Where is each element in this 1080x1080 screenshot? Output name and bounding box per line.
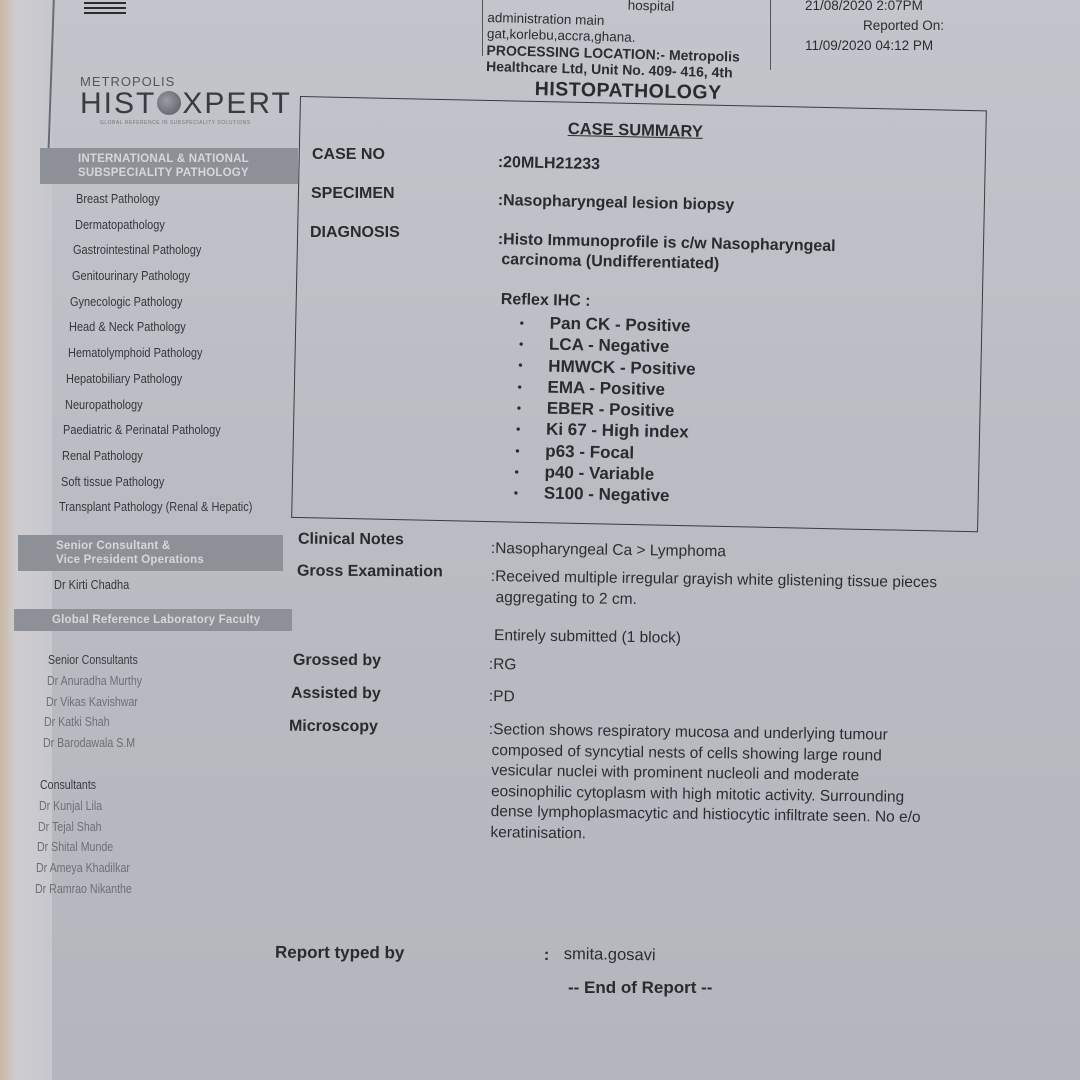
diagnosis-label: DIAGNOSIS bbox=[310, 224, 400, 242]
assisted-by-value: :PD bbox=[489, 687, 515, 708]
ihc-result-text: HMWCK - Positive bbox=[548, 356, 696, 378]
ihc-results-list: •Pan CK - Positive•LCA - Negative•HMWCK … bbox=[516, 312, 697, 507]
speciality-item: Renal Pathology bbox=[62, 444, 253, 470]
consultant-name: Dr Ameya Khadilkar bbox=[36, 858, 132, 879]
ihc-result-text: S100 - Negative bbox=[544, 484, 670, 506]
reported-on: 11/09/2020 04:12 PM bbox=[805, 36, 944, 56]
ihc-result-text: p40 - Variable bbox=[544, 463, 654, 484]
ihc-result-text: EMA - Positive bbox=[547, 377, 665, 398]
band-text: SUBSPECIALITY PATHOLOGY bbox=[78, 166, 288, 180]
bullet-icon: • bbox=[518, 355, 548, 377]
consultant-name: Dr Barodawala S.M bbox=[43, 733, 141, 754]
typed-by-value: smita.gosavi bbox=[564, 944, 656, 966]
gross-line: Entirely submitted (1 block) bbox=[490, 626, 937, 653]
consultant-name: Dr Vikas Kavishwar bbox=[46, 692, 142, 713]
bullet-icon: • bbox=[519, 334, 549, 356]
gross-examination-value: :Received multiple irregular grayish whi… bbox=[490, 567, 937, 653]
bullet-icon: • bbox=[516, 419, 546, 441]
case-no-value: :20MLH21233 bbox=[498, 153, 601, 175]
microscopy-value: :Section shows respiratory mucosa and un… bbox=[487, 720, 922, 849]
speciality-item: Transplant Pathology (Renal & Hepatic) bbox=[59, 495, 252, 521]
gross-examination-label: Gross Examination bbox=[297, 563, 443, 582]
speciality-item: Genitourinary Pathology bbox=[72, 264, 254, 290]
speciality-item: Breast Pathology bbox=[76, 187, 255, 213]
consultant-name: Dr Katki Shah bbox=[44, 712, 141, 733]
speciality-section-band: INTERNATIONAL & NATIONAL SUBSPECIALITY P… bbox=[40, 148, 298, 184]
ihc-result-text: p63 - Focal bbox=[545, 441, 634, 462]
consultant-name: Dr Kunjal Lila bbox=[39, 796, 132, 817]
speciality-item: Gastrointestinal Pathology bbox=[73, 238, 254, 264]
consultant-name: Dr Anuradha Murthy bbox=[47, 671, 142, 692]
speciality-item: Hepatobiliary Pathology bbox=[66, 367, 253, 393]
speciality-item: Hematolymphoid Pathology bbox=[68, 341, 254, 367]
ihc-result-text: EBER - Positive bbox=[547, 399, 675, 421]
header-address: hospital administration main gat,korlebu… bbox=[486, 0, 741, 81]
bullet-icon: • bbox=[514, 483, 544, 505]
ihc-result-text: Pan CK - Positive bbox=[550, 314, 691, 336]
bullet-icon: • bbox=[515, 441, 545, 463]
bullet-icon: • bbox=[514, 462, 544, 484]
faculty-section-band: Global Reference Laboratory Faculty bbox=[14, 609, 292, 631]
senior-consultants-heading: Senior Consultants bbox=[48, 650, 142, 671]
typed-by-colon: : bbox=[544, 945, 550, 966]
header-dates: 21/08/2020 2:07PM Reported On: 11/09/202… bbox=[805, 0, 944, 56]
barcode-icon bbox=[84, 2, 126, 17]
grossed-by-value: :RG bbox=[489, 655, 517, 676]
ihc-result-text: Ki 67 - High index bbox=[546, 420, 689, 442]
consultant-name: Dr Shital Munde bbox=[37, 837, 132, 858]
ihc-result-text: LCA - Negative bbox=[549, 335, 670, 357]
end-of-report: -- End of Report -- bbox=[568, 978, 712, 998]
typed-by-label: Report typed by bbox=[275, 943, 405, 964]
speciality-item: Paediatric & Perinatal Pathology bbox=[63, 418, 253, 444]
clinical-notes-value: :Nasopharyngeal Ca > Lymphoma bbox=[491, 539, 726, 563]
vp-name: Dr Kirti Chadha bbox=[54, 578, 129, 592]
specimen-label: SPECIMEN bbox=[311, 185, 395, 203]
speciality-item: Soft tissue Pathology bbox=[61, 470, 253, 496]
consultant-name: Dr Ramrao Nikanthe bbox=[35, 879, 132, 900]
bullet-icon: • bbox=[517, 398, 547, 420]
speciality-item: Head & Neck Pathology bbox=[69, 315, 254, 341]
speciality-item: Neuropathology bbox=[65, 393, 253, 419]
logo-text: HISTXPERT bbox=[80, 89, 292, 119]
speciality-item: Dermatopathology bbox=[75, 213, 255, 239]
tagline: GLOBAL REFERENCE IN SUBSPECIALITY SOLUTI… bbox=[80, 120, 292, 126]
reflex-ihc-label: Reflex IHC : bbox=[501, 290, 591, 312]
registered-on: 21/08/2020 2:07PM bbox=[805, 0, 944, 16]
case-summary-title: CASE SUMMARY bbox=[568, 120, 703, 142]
assisted-by-label: Assisted by bbox=[291, 685, 381, 703]
vp-section-band: Senior Consultant & Vice President Opera… bbox=[18, 535, 283, 571]
globe-icon bbox=[157, 91, 181, 115]
consultants-heading: Consultants bbox=[40, 775, 133, 796]
speciality-item: Gynecologic Pathology bbox=[70, 290, 254, 316]
brand-logo: METROPOLIS HISTXPERT GLOBAL REFERENCE IN… bbox=[80, 74, 292, 126]
bullet-icon: • bbox=[517, 377, 547, 399]
microscopy-label: Microscopy bbox=[289, 718, 378, 736]
reported-on-label: Reported On: bbox=[805, 16, 944, 36]
report-page: hospital administration main gat,korlebu… bbox=[0, 0, 1080, 1080]
senior-consultants-list: Senior ConsultantsDr Anuradha MurthyDr V… bbox=[48, 650, 159, 754]
logo-left: HIST bbox=[80, 87, 156, 120]
band-text: INTERNATIONAL & NATIONAL bbox=[78, 152, 288, 166]
band-text: Senior Consultant & bbox=[56, 539, 273, 553]
clinical-notes-label: Clinical Notes bbox=[298, 531, 404, 550]
consultants-list: ConsultantsDr Kunjal LilaDr Tejal ShahDr… bbox=[40, 775, 149, 900]
ihc-result: •S100 - Negative bbox=[514, 482, 694, 507]
header-divider bbox=[770, 0, 771, 70]
grossed-by-label: Grossed by bbox=[293, 652, 381, 670]
band-text: Global Reference Laboratory Faculty bbox=[52, 613, 282, 627]
logo-right: XPERT bbox=[182, 87, 291, 120]
case-no-label: CASE NO bbox=[312, 146, 385, 164]
diagnosis-value: :Histo Immunoprofile is c/w Nasopharynge… bbox=[497, 230, 836, 277]
consultant-name: Dr Tejal Shah bbox=[38, 817, 132, 838]
speciality-list: Breast PathologyDermatopathologyGastroin… bbox=[76, 187, 279, 521]
header-divider bbox=[482, 0, 483, 56]
bullet-icon: • bbox=[520, 313, 550, 335]
band-text: Vice President Operations bbox=[56, 553, 273, 567]
